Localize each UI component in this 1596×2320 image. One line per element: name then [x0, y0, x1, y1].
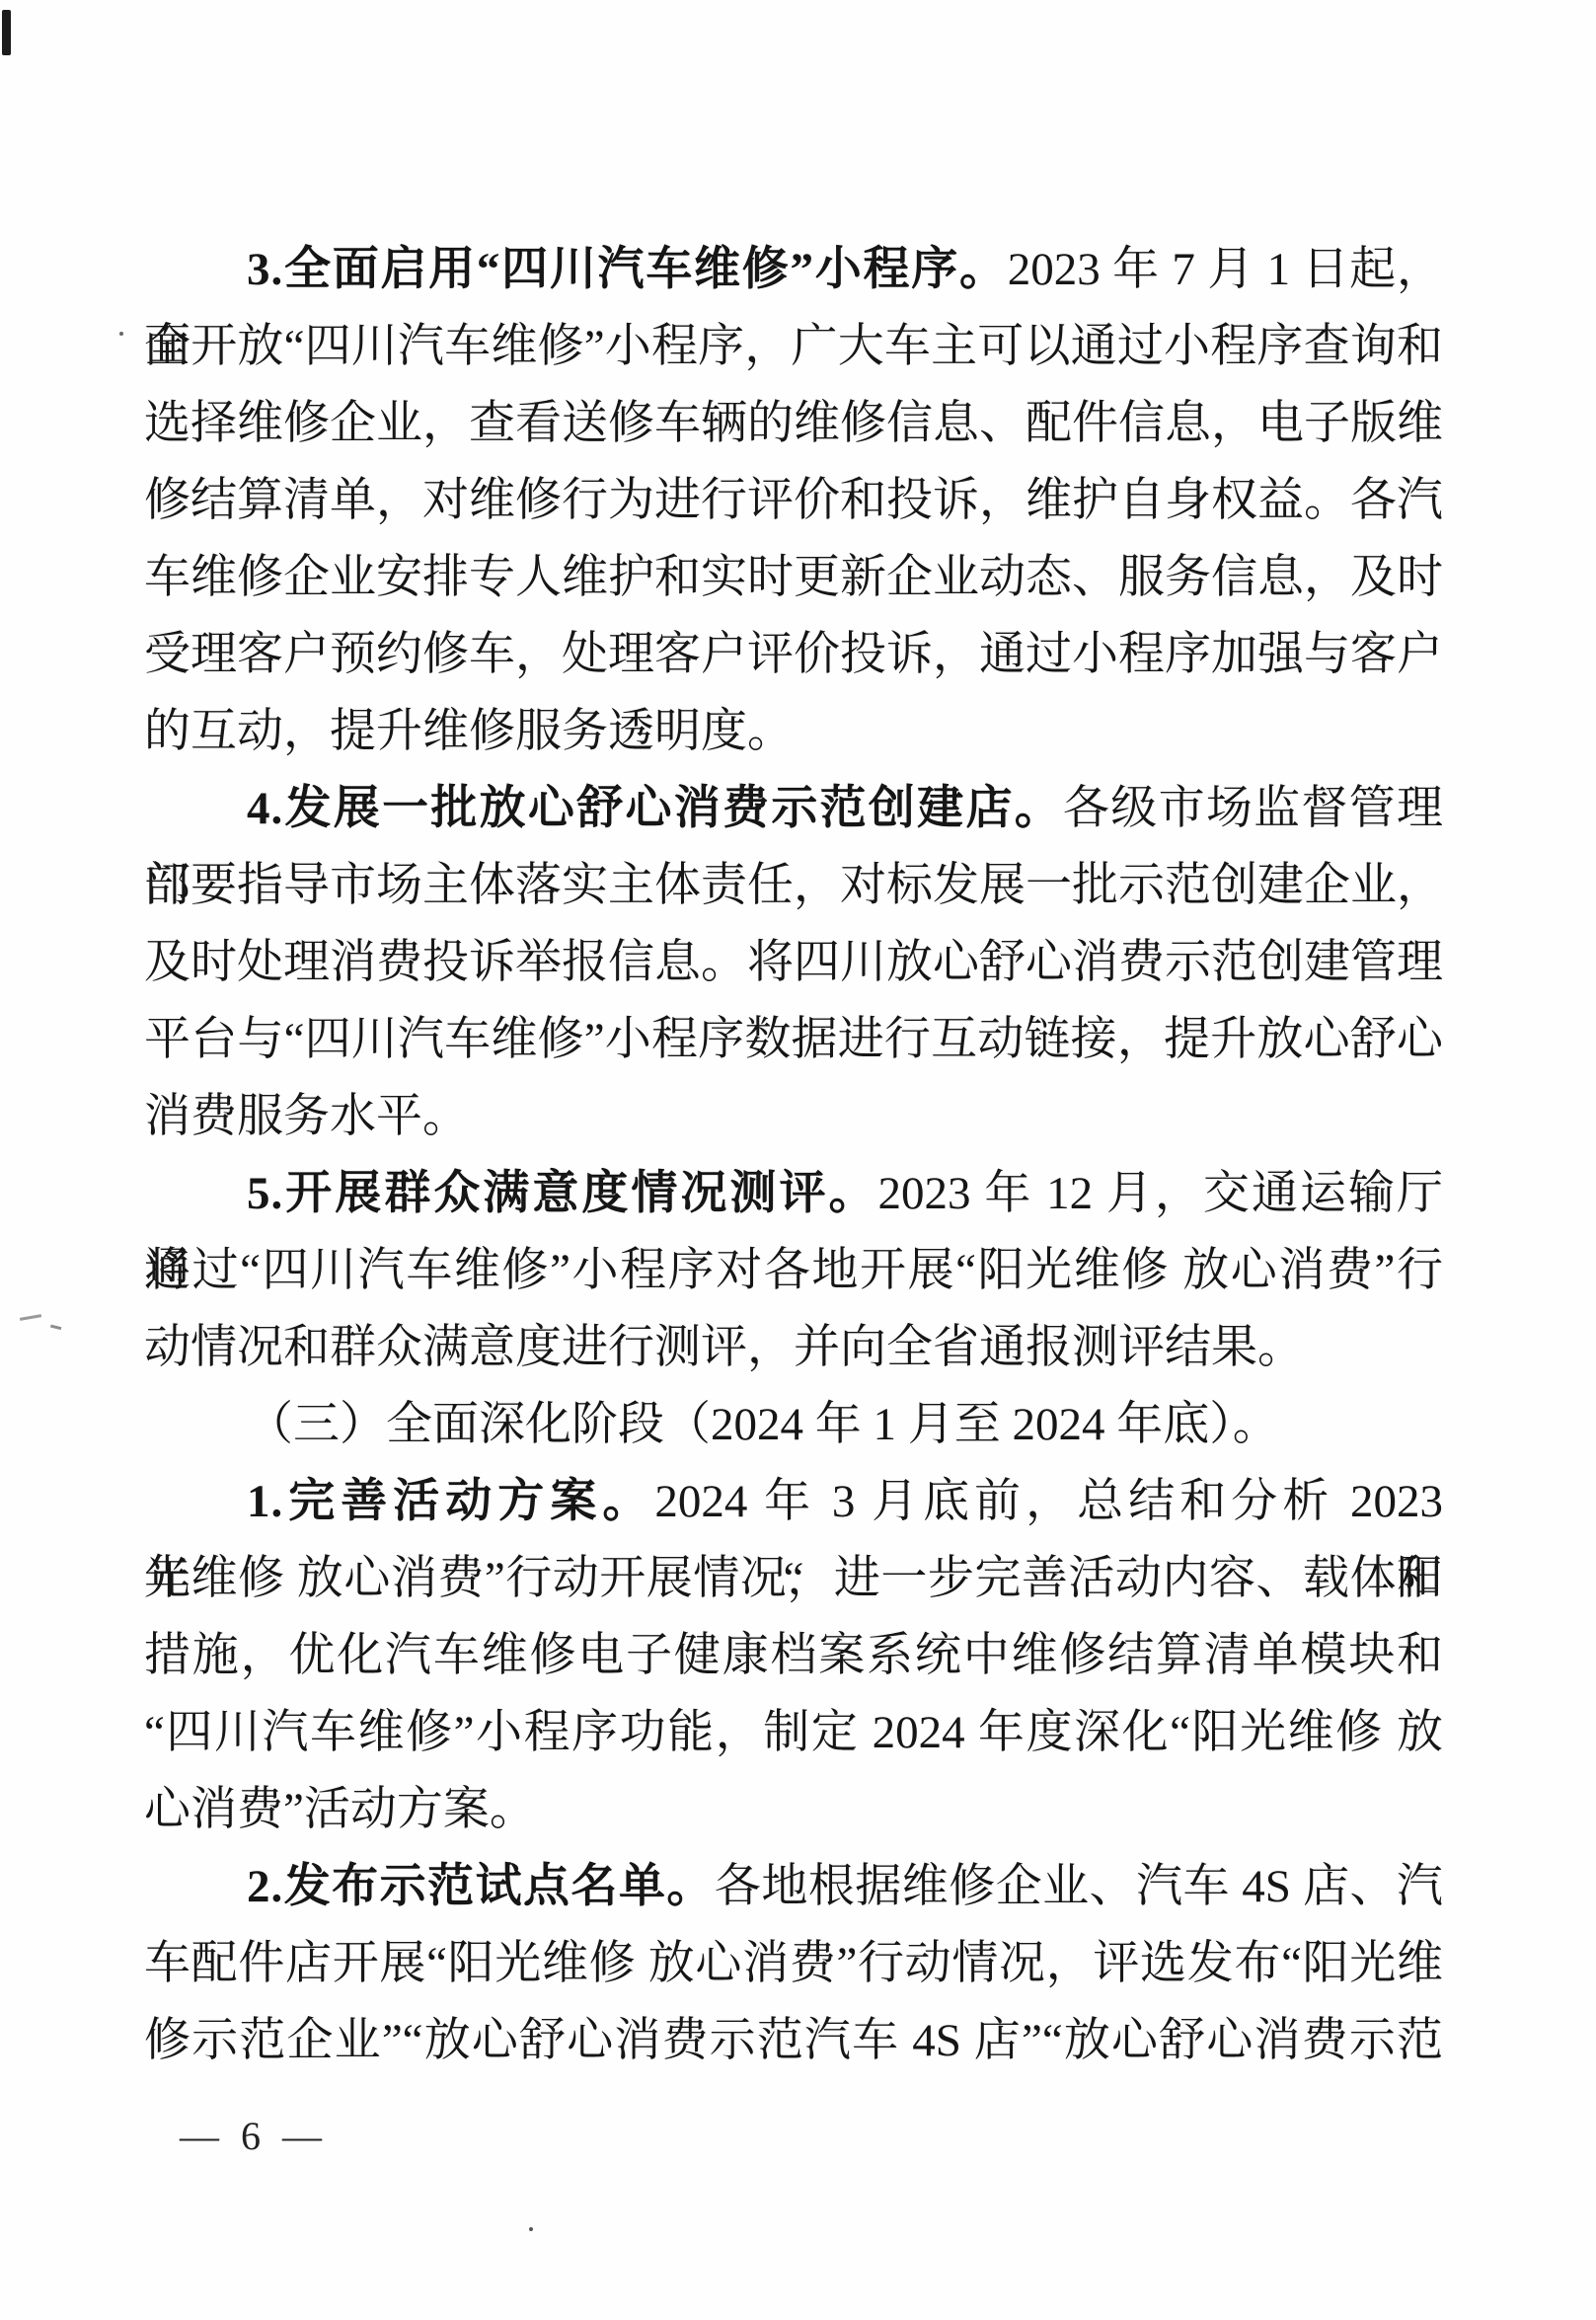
heading-item-5: 5.开展群众满意度情况测评。 — [247, 1168, 878, 1219]
scan-artifact — [2, 10, 11, 55]
body-line: 门要指导市场主体落实主体责任，对标发展一批示范创建企业， — [144, 847, 1443, 924]
line-text: 心消费”活动方案。 — [144, 1784, 536, 1835]
line-text: 通过“四川汽车维修”小程序对各地开展“阳光维修 放心消费”行 — [144, 1245, 1443, 1296]
line-text: 消费服务水平。 — [144, 1091, 469, 1142]
numbered-heading-line: 4.发展一批放心舒心消费示范创建店。各级市场监督管理部 — [144, 770, 1443, 847]
body-line: 修结算清单，对维修行为进行评价和投诉，维护自身权益。各汽 — [144, 462, 1443, 539]
heading-item-1: 1.完善活动方案。 — [247, 1476, 654, 1527]
document-body: 3.全面启用“四川汽车维修”小程序。2023 年 7 月 1 日起，全 面开放“… — [144, 231, 1443, 2079]
body-line: 车配件店开展“阳光维修 放心消费”行动情况，评选发布“阳光维 — [144, 1925, 1443, 2002]
body-line: 通过“四川汽车维修”小程序对各地开展“阳光维修 放心消费”行 — [144, 1232, 1443, 1309]
line-text: 车配件店开展“阳光维修 放心消费”行动情况，评选发布“阳光维 — [144, 1938, 1443, 1989]
numbered-heading-line: 5.开展群众满意度情况测评。2023 年 12 月，交通运输厅将 — [144, 1155, 1443, 1232]
line-text: （三）全面深化阶段（2024 年 1 月至 2024 年底）。 — [247, 1399, 1279, 1450]
body-line: 的互动，提升维修服务透明度。 — [144, 693, 1443, 770]
body-line: 及时处理消费投诉举报信息。将四川放心舒心消费示范创建管理 — [144, 924, 1443, 1001]
line-text: 光维修 放心消费”行动开展情况，进一步完善活动内容、载体和 — [144, 1553, 1443, 1604]
line-text: 措施，优化汽车维修电子健康档案系统中维修结算清单模块和 — [144, 1630, 1443, 1681]
line-text: 门要指导市场主体落实主体责任，对标发展一批示范创建企业， — [144, 860, 1443, 911]
body-line: 面开放“四川汽车维修”小程序，广大车主可以通过小程序查询和 — [144, 308, 1443, 385]
line-text: 选择维修企业，查看送修车辆的维修信息、配件信息，电子版维 — [144, 398, 1443, 449]
line-text: 平台与“四川汽车维修”小程序数据进行互动链接，提升放心舒心 — [144, 1014, 1443, 1065]
document-page: 3.全面启用“四川汽车维修”小程序。2023 年 7 月 1 日起，全 面开放“… — [0, 0, 1596, 2320]
scan-artifact — [20, 1314, 41, 1321]
page-number: — 6 — — [180, 2113, 328, 2159]
body-line: 修示范企业”“放心舒心消费示范汽车 4S 店”“放心舒心消费示范 — [144, 2002, 1443, 2079]
body-line: 消费服务水平。 — [144, 1078, 1443, 1155]
section-heading-line: （三）全面深化阶段（2024 年 1 月至 2024 年底）。 — [144, 1386, 1443, 1463]
body-line: 车维修企业安排专人维护和实时更新企业动态、服务信息，及时 — [144, 539, 1443, 616]
numbered-heading-line: 2.发布示范试点名单。各地根据维修企业、汽车 4S 店、汽 — [144, 1848, 1443, 1925]
heading-item-4: 4.发展一批放心舒心消费示范创建店。 — [247, 783, 1063, 834]
body-line: 选择维修企业，查看送修车辆的维修信息、配件信息，电子版维 — [144, 385, 1443, 462]
line-text: 修结算清单，对维修行为进行评价和投诉，维护自身权益。各汽 — [144, 475, 1443, 526]
line-text: 的互动，提升维修服务透明度。 — [144, 706, 794, 757]
scan-artifact — [119, 332, 123, 336]
body-line: 受理客户预约修车，处理客户评价投诉，通过小程序加强与客户 — [144, 616, 1443, 693]
line-text: 修示范企业”“放心舒心消费示范汽车 4S 店”“放心舒心消费示范 — [144, 2015, 1443, 2066]
line-text: 动情况和群众满意度进行测评，并向全省通报测评结果。 — [144, 1322, 1304, 1373]
body-line: “四川汽车维修”小程序功能，制定 2024 年度深化“阳光维修 放 — [144, 1694, 1443, 1771]
heading-item-3: 3.全面启用“四川汽车维修”小程序。 — [247, 244, 1008, 295]
body-line: 动情况和群众满意度进行测评，并向全省通报测评结果。 — [144, 1309, 1443, 1386]
line-text: 各地根据维修企业、汽车 4S 店、汽 — [715, 1861, 1443, 1912]
scan-artifact — [529, 2227, 533, 2231]
line-text: 面开放“四川汽车维修”小程序，广大车主可以通过小程序查询和 — [144, 321, 1443, 372]
line-text: “四川汽车维修”小程序功能，制定 2024 年度深化“阳光维修 放 — [144, 1707, 1443, 1758]
body-line: 平台与“四川汽车维修”小程序数据进行互动链接，提升放心舒心 — [144, 1001, 1443, 1078]
body-line: 措施，优化汽车维修电子健康档案系统中维修结算清单模块和 — [144, 1617, 1443, 1694]
numbered-heading-line: 3.全面启用“四川汽车维修”小程序。2023 年 7 月 1 日起，全 — [144, 231, 1443, 308]
body-line: 光维修 放心消费”行动开展情况，进一步完善活动内容、载体和 — [144, 1540, 1443, 1617]
line-text: 受理客户预约修车，处理客户评价投诉，通过小程序加强与客户 — [144, 629, 1443, 680]
numbered-heading-line: 1.完善活动方案。2024 年 3 月底前，总结和分析 2023 年“阳 — [144, 1463, 1443, 1540]
line-text: 及时处理消费投诉举报信息。将四川放心舒心消费示范创建管理 — [144, 937, 1443, 988]
line-text: 车维修企业安排专人维护和实时更新企业动态、服务信息，及时 — [144, 552, 1443, 603]
heading-item-2: 2.发布示范试点名单。 — [247, 1861, 715, 1912]
body-line: 心消费”活动方案。 — [144, 1771, 1443, 1848]
scan-artifact — [50, 1318, 63, 1330]
